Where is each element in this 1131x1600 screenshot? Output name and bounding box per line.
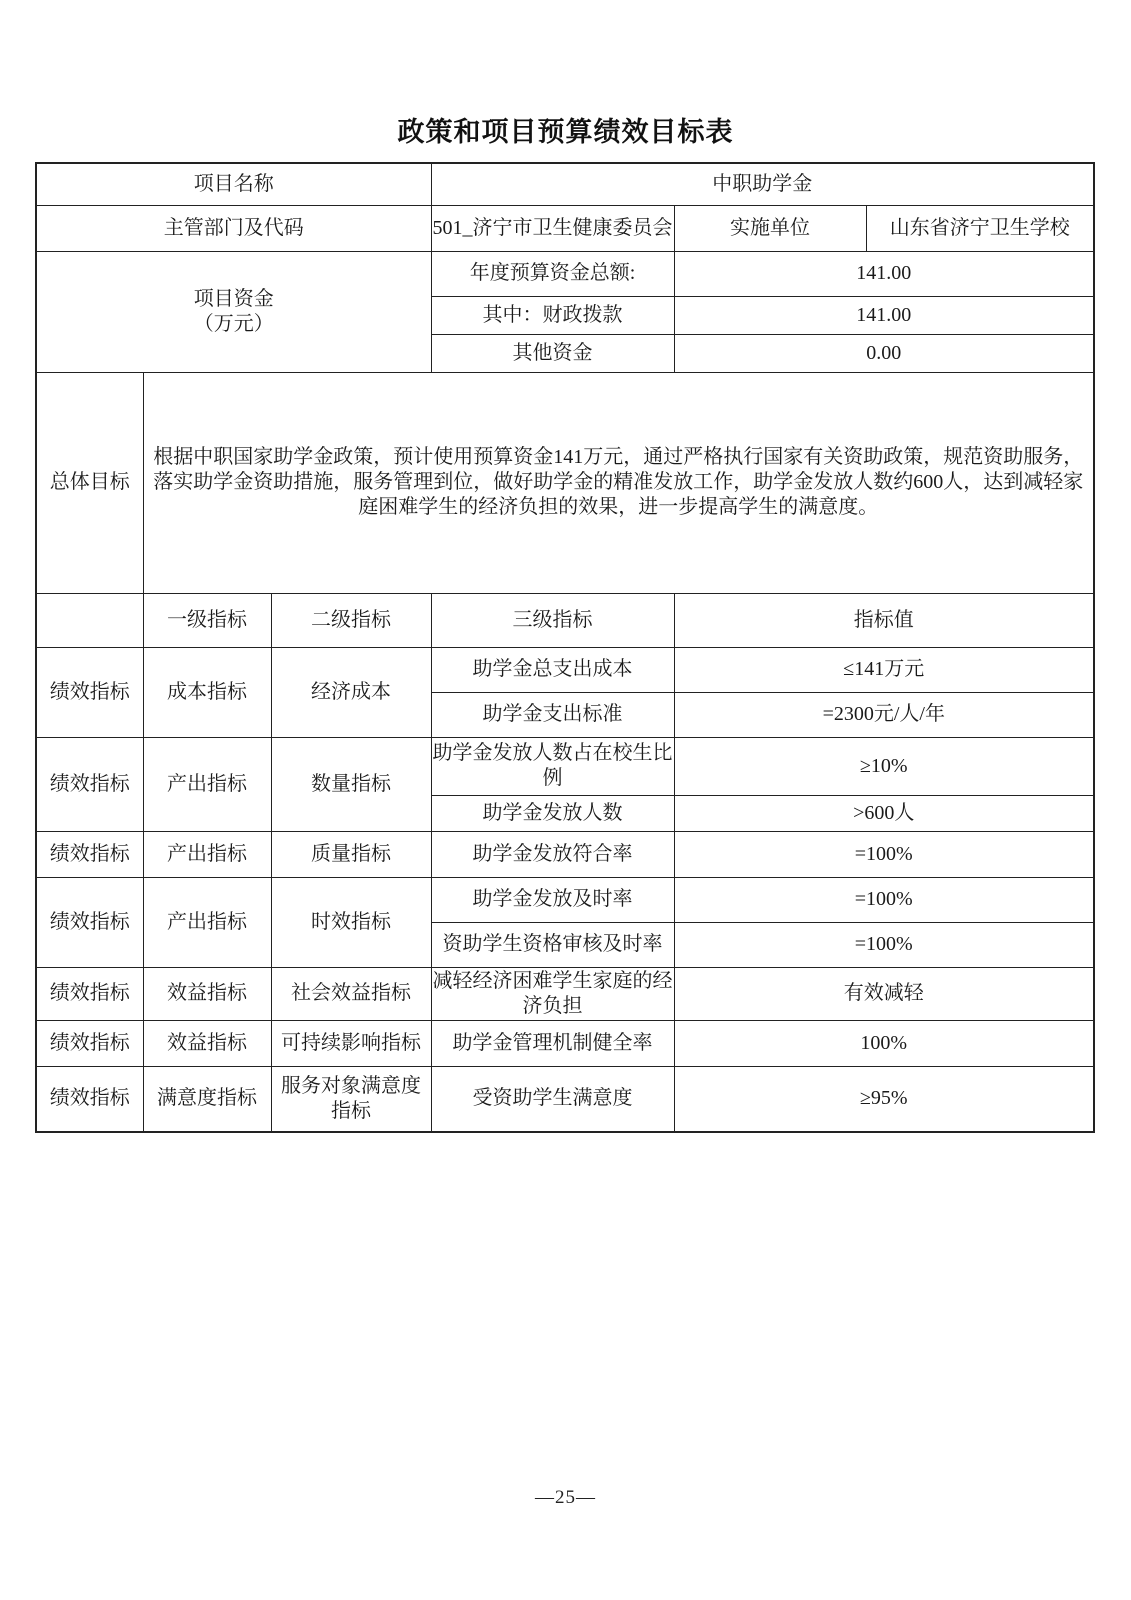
- indicator-header-row: 一级指标 二级指标 三级指标 指标值: [36, 593, 1094, 647]
- funds-row-value: 141.00: [674, 251, 1094, 296]
- indicator-level3-cell: 资助学生资格审核及时率: [431, 922, 674, 967]
- indicator-level3-cell: 减轻经济困难学生家庭的经济负担: [431, 967, 674, 1020]
- document-title: 政策和项目预算绩效目标表: [0, 110, 1131, 149]
- funds-row-value: 141.00: [674, 296, 1094, 334]
- page-number: —25—: [0, 1487, 1131, 1509]
- implement-unit-value: 山东省济宁卫生学校: [866, 205, 1094, 251]
- table-row: 项目名称 中职助学金: [36, 163, 1094, 205]
- implement-unit-label: 实施单位: [674, 205, 866, 251]
- funds-row-label: 其中：财政拨款: [431, 296, 674, 334]
- indicator-header-value: 指标值: [674, 593, 1094, 647]
- indicator-level2-cell: 质量指标: [271, 831, 431, 877]
- indicator-header-level2: 二级指标: [271, 593, 431, 647]
- indicator-level1-cell: 产出指标: [143, 877, 271, 967]
- indicator-value-cell: 100%: [674, 1020, 1094, 1066]
- indicator-value-cell: =100%: [674, 877, 1094, 922]
- indicator-value-cell: 有效减轻: [674, 967, 1094, 1020]
- indicator-header-corner: [36, 593, 143, 647]
- indicator-category-cell: 绩效指标: [36, 831, 143, 877]
- indicator-row: 绩效指标 成本指标 经济成本 助学金总支出成本 ≤141万元: [36, 647, 1094, 692]
- funds-row-value: 0.00: [674, 334, 1094, 372]
- indicator-level2-cell: 时效指标: [271, 877, 431, 967]
- funds-label-line2: （万元）: [38, 312, 430, 337]
- indicator-level2-cell: 服务对象满意度指标: [271, 1066, 431, 1132]
- indicator-level1-cell: 产出指标: [143, 831, 271, 877]
- funds-label: 项目资金 （万元）: [36, 251, 431, 372]
- project-name-value: 中职助学金: [431, 163, 1094, 205]
- department-value: 501_济宁市卫生健康委员会: [431, 205, 674, 251]
- indicator-value-cell: ≥95%: [674, 1066, 1094, 1132]
- indicator-value-cell: =2300元/人/年: [674, 692, 1094, 737]
- department-label: 主管部门及代码: [36, 205, 431, 251]
- indicator-level2-cell: 社会效益指标: [271, 967, 431, 1020]
- indicator-value-cell: >600人: [674, 795, 1094, 831]
- indicator-row: 绩效指标 效益指标 可持续影响指标 助学金管理机制健全率 100%: [36, 1020, 1094, 1066]
- indicator-row: 绩效指标 产出指标 质量指标 助学金发放符合率 =100%: [36, 831, 1094, 877]
- indicator-row: 绩效指标 产出指标 数量指标 助学金发放人数占在校生比例 ≥10%: [36, 737, 1094, 795]
- indicator-header-level3: 三级指标: [431, 593, 674, 647]
- indicator-level3-cell: 助学金发放及时率: [431, 877, 674, 922]
- table-row: 主管部门及代码 501_济宁市卫生健康委员会 实施单位 山东省济宁卫生学校: [36, 205, 1094, 251]
- funds-row-label: 其他资金: [431, 334, 674, 372]
- indicator-level2-cell: 数量指标: [271, 737, 431, 831]
- indicator-row: 绩效指标 满意度指标 服务对象满意度指标 受资助学生满意度 ≥95%: [36, 1066, 1094, 1132]
- indicator-value-cell: ≤141万元: [674, 647, 1094, 692]
- indicator-level1-cell: 产出指标: [143, 737, 271, 831]
- indicator-level3-cell: 助学金发放人数占在校生比例: [431, 737, 674, 795]
- overall-goal-label: 总体目标: [36, 372, 143, 593]
- indicator-level3-cell: 受资助学生满意度: [431, 1066, 674, 1132]
- indicator-level1-cell: 成本指标: [143, 647, 271, 737]
- indicator-value-cell: =100%: [674, 922, 1094, 967]
- indicator-category-cell: 绩效指标: [36, 967, 143, 1020]
- indicator-level3-cell: 助学金总支出成本: [431, 647, 674, 692]
- indicator-level1-cell: 满意度指标: [143, 1066, 271, 1132]
- indicator-level3-cell: 助学金发放人数: [431, 795, 674, 831]
- indicator-category-cell: 绩效指标: [36, 1066, 143, 1132]
- indicator-category-cell: 绩效指标: [36, 647, 143, 737]
- indicator-level1-cell: 效益指标: [143, 1020, 271, 1066]
- indicator-level1-cell: 效益指标: [143, 967, 271, 1020]
- indicator-level3-cell: 助学金发放符合率: [431, 831, 674, 877]
- performance-target-table: 项目名称 中职助学金 主管部门及代码 501_济宁市卫生健康委员会 实施单位 山…: [35, 162, 1095, 1133]
- table-row: 总体目标 根据中职国家助学金政策，预计使用预算资金141万元，通过严格执行国家有…: [36, 372, 1094, 593]
- indicator-header-level1: 一级指标: [143, 593, 271, 647]
- indicator-value-cell: ≥10%: [674, 737, 1094, 795]
- indicator-level2-cell: 可持续影响指标: [271, 1020, 431, 1066]
- indicator-row: 绩效指标 效益指标 社会效益指标 减轻经济困难学生家庭的经济负担 有效减轻: [36, 967, 1094, 1020]
- indicator-level3-cell: 助学金管理机制健全率: [431, 1020, 674, 1066]
- document-page: 政策和项目预算绩效目标表 项目名称 中职助学金 主管部门及代码 501_济宁市卫…: [0, 0, 1131, 1600]
- project-name-label: 项目名称: [36, 163, 431, 205]
- indicator-level2-cell: 经济成本: [271, 647, 431, 737]
- funds-row-label: 年度预算资金总额:: [431, 251, 674, 296]
- indicator-row: 绩效指标 产出指标 时效指标 助学金发放及时率 =100%: [36, 877, 1094, 922]
- overall-goal-text: 根据中职国家助学金政策，预计使用预算资金141万元，通过严格执行国家有关资助政策…: [143, 372, 1094, 593]
- table-row: 项目资金 （万元） 年度预算资金总额: 141.00: [36, 251, 1094, 296]
- indicator-value-cell: =100%: [674, 831, 1094, 877]
- indicator-level3-cell: 助学金支出标准: [431, 692, 674, 737]
- indicator-category-cell: 绩效指标: [36, 1020, 143, 1066]
- funds-label-line1: 项目资金: [38, 287, 430, 312]
- indicator-category-cell: 绩效指标: [36, 737, 143, 831]
- indicator-category-cell: 绩效指标: [36, 877, 143, 967]
